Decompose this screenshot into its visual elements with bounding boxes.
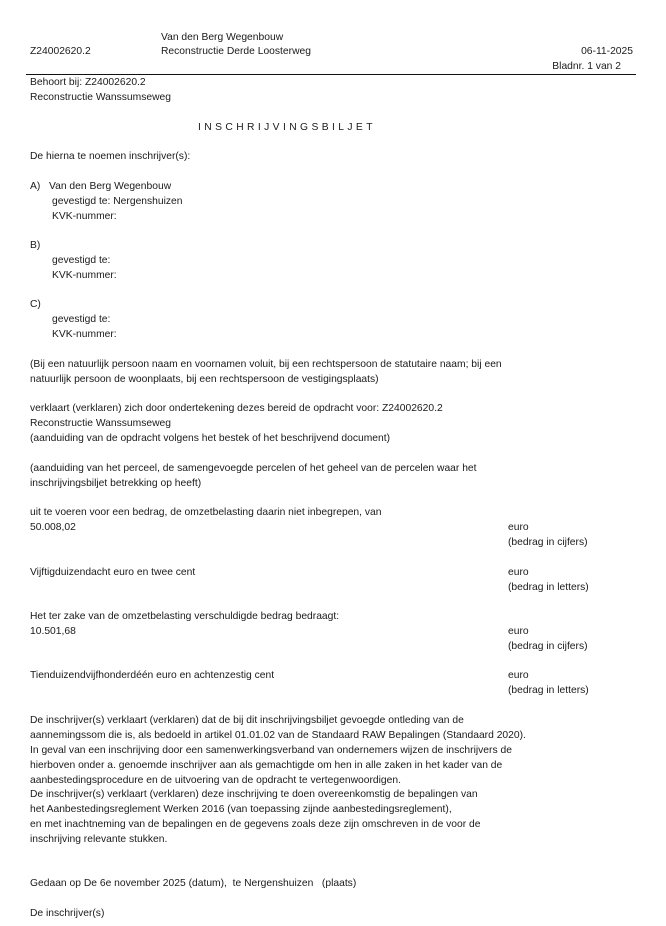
declaration-line: (aanduiding van de opdracht volgens het … <box>30 431 390 446</box>
closing-line: De inschrijver(s) verklaart (verklaren) … <box>30 787 478 802</box>
bidder-established: gevestigd te: <box>52 253 110 268</box>
closing-line: hierboven onder a. genoemde inschrijver … <box>30 758 502 773</box>
belongs-to-project: Reconstructie Wanssumseweg <box>30 90 171 105</box>
currency-label: euro <box>508 668 529 683</box>
currency-label: euro <box>508 565 529 580</box>
intro-text: De hierna te noemen inschrijver(s): <box>30 149 190 164</box>
amount-vat-intro: Het ter zake van de omzetbelasting versc… <box>30 609 339 624</box>
bidder-letter: B) <box>30 238 40 253</box>
figures-label: (bedrag in cijfers) <box>508 639 588 654</box>
words-label: (bedrag in letters) <box>508 683 589 698</box>
closing-line: aanbestedingsprocedure en de uitvoering … <box>30 773 401 788</box>
header-date: 06-11-2025 <box>581 44 633 59</box>
header-project: Reconstructie Derde Loosterweg <box>161 44 311 59</box>
closing-line: en met inachtneming van de bepalingen en… <box>30 817 481 832</box>
amount-excl-words: Vijftigduizendacht euro en twee cent <box>30 565 195 580</box>
declaration-line: Reconstructie Wanssumseweg <box>30 416 171 431</box>
bidder-kvk: KVK-nummer: <box>52 268 117 283</box>
closing-line: In geval van een inschrijving door een s… <box>30 743 512 758</box>
amount-excl-figures: 50.008,02 <box>30 520 76 535</box>
figures-label: (bedrag in cijfers) <box>508 535 588 550</box>
bidder-established: gevestigd te: Nergenshuizen <box>52 194 183 209</box>
header-company: Van den Berg Wegenbouw <box>161 30 283 45</box>
closing-line: De inschrijver(s) verklaart (verklaren) … <box>30 713 464 728</box>
amount-excl-intro: uit te voeren voor een bedrag, de omzetb… <box>30 505 381 520</box>
bidder-letter: A) <box>30 179 40 194</box>
belongs-to-label: Behoort bij: Z24002620.2 <box>30 75 146 90</box>
bidder-kvk: KVK-nummer: <box>52 209 117 224</box>
amount-vat-words: Tienduizendvijfhonderdéén euro en achten… <box>30 668 274 683</box>
declaration-line: verklaart (verklaren) zich door ondertek… <box>30 401 443 416</box>
words-label: (bedrag in letters) <box>508 580 589 595</box>
note-parcel-line: inschrijvingsbiljet betrekking op heeft) <box>30 476 201 491</box>
closing-line: het Aanbestedingsreglement Werken 2016 (… <box>30 802 452 817</box>
note-person-line: natuurlijk persoon de woonplaats, bij ee… <box>30 372 379 387</box>
signature-label: De inschrijver(s) <box>30 906 104 921</box>
bidder-name: Van den Berg Wegenbouw <box>49 179 171 194</box>
currency-label: euro <box>508 520 529 535</box>
bidder-letter: C) <box>30 297 41 312</box>
header-reference: Z24002620.2 <box>30 44 91 59</box>
signed-date-place: Gedaan op De 6e november 2025 (datum), t… <box>30 876 356 891</box>
amount-vat-figures: 10.501,68 <box>30 624 76 639</box>
note-parcel-line: (aanduiding van het perceel, de samengev… <box>30 461 477 476</box>
currency-label: euro <box>508 624 529 639</box>
note-person-line: (Bij een natuurlijk persoon naam en voor… <box>30 357 502 372</box>
document-title: INSCHRIJVINGSBILJET <box>198 120 376 135</box>
bidder-established: gevestigd te: <box>52 312 110 327</box>
bidder-kvk: KVK-nummer: <box>52 327 117 342</box>
closing-line: aannemingssom die is, als bedoeld in art… <box>30 728 526 743</box>
closing-line: inschrijving relevante stukken. <box>30 832 167 847</box>
header-page-number: Bladnr. 1 van 2 <box>552 59 621 74</box>
